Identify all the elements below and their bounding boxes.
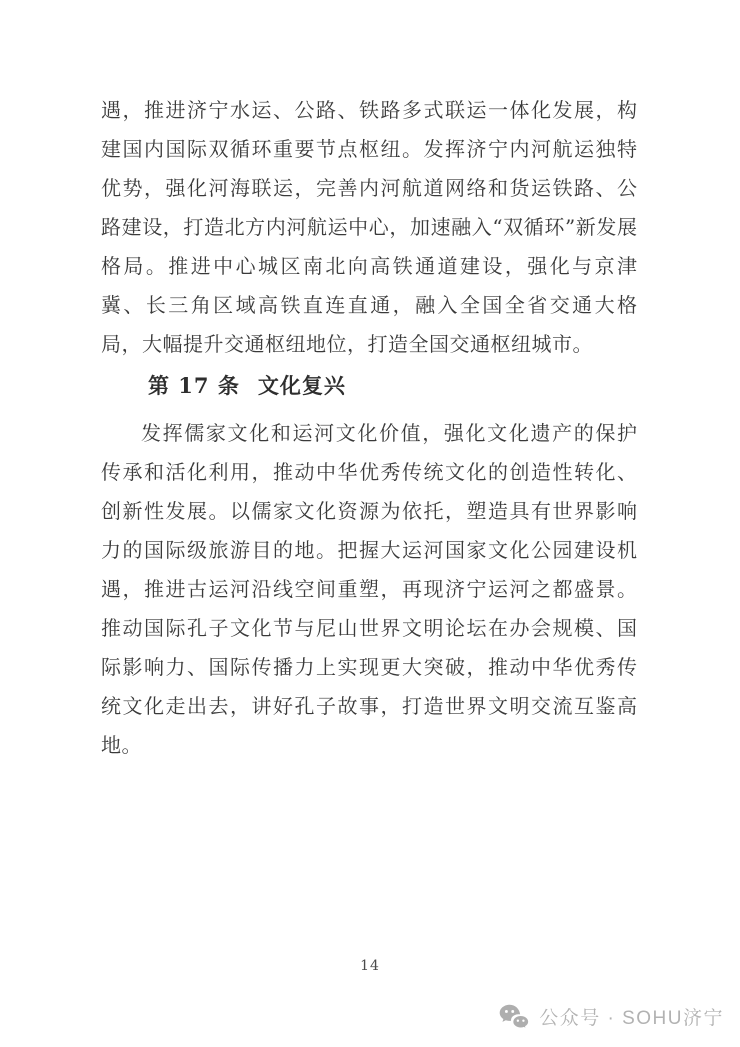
text-line: 遇，推进古运河沿线空间重塑，再现济宁运河之都盛景。 (101, 570, 637, 609)
text-line: 力的国际级旅游目的地。把握大运河国家文化公园建设机 (101, 531, 637, 570)
text-line: 遇，推进济宁水运、公路、铁路多式联运一体化发展，构 (101, 91, 637, 130)
document-page: 遇，推进济宁水运、公路、铁路多式联运一体化发展，构 建国内国际双循环重要节点枢纽… (0, 0, 740, 1047)
text-line: 际影响力、国际传播力上实现更大突破，推动中华优秀传 (101, 648, 637, 687)
page-body: 遇，推进济宁水运、公路、铁路多式联运一体化发展，构 建国内国际双循环重要节点枢纽… (101, 91, 637, 765)
text-line: 路建设，打造北方内河航运中心，加速融入“双循环”新发展 (101, 208, 637, 247)
section-number: 第 17 条 (148, 373, 240, 398)
page-number: 14 (0, 958, 740, 974)
text-line: 传承和活化利用，推动中华优秀传统文化的创造性转化、 (101, 453, 637, 492)
text-line: 推动国际孔子文化节与尼山世界文明论坛在办会规模、国 (101, 609, 637, 648)
body-paragraph-culture: 发挥儒家文化和运河文化价值，强化文化遗产的保护 传承和活化利用，推动中华优秀传统… (101, 414, 637, 765)
watermark: 公众号 · SOHU济宁 (498, 1000, 724, 1032)
body-paragraph-transport: 遇，推进济宁水运、公路、铁路多式联运一体化发展，构 建国内国际双循环重要节点枢纽… (101, 91, 637, 364)
text-line: 发挥儒家文化和运河文化价值，强化文化遗产的保护 (101, 414, 637, 453)
text-line: 地。 (101, 726, 637, 765)
section-title: 文化复兴 (258, 373, 346, 398)
text-line: 格局。推进中心城区南北向高铁通道建设，强化与京津 (101, 247, 637, 286)
text-line: 建国内国际双循环重要节点枢纽。发挥济宁内河航运独特 (101, 130, 637, 169)
text-line: 冀、长三角区域高铁直连直通，融入全国全省交通大格 (101, 286, 637, 325)
section-heading: 第 17 条文化复兴 (101, 366, 637, 405)
text-line: 统文化走出去，讲好孔子故事，打造世界文明交流互鉴高 (101, 687, 637, 726)
text-line: 优势，强化河海联运，完善内河航道网络和货运铁路、公 (101, 169, 637, 208)
wechat-icon (498, 1003, 530, 1030)
text-line: 创新性发展。以儒家文化资源为依托，塑造具有世界影响 (101, 492, 637, 531)
text-line: 局，大幅提升交通枢纽地位，打造全国交通枢纽城市。 (101, 325, 637, 364)
watermark-label: 公众号 · SOHU济宁 (539, 1003, 724, 1030)
